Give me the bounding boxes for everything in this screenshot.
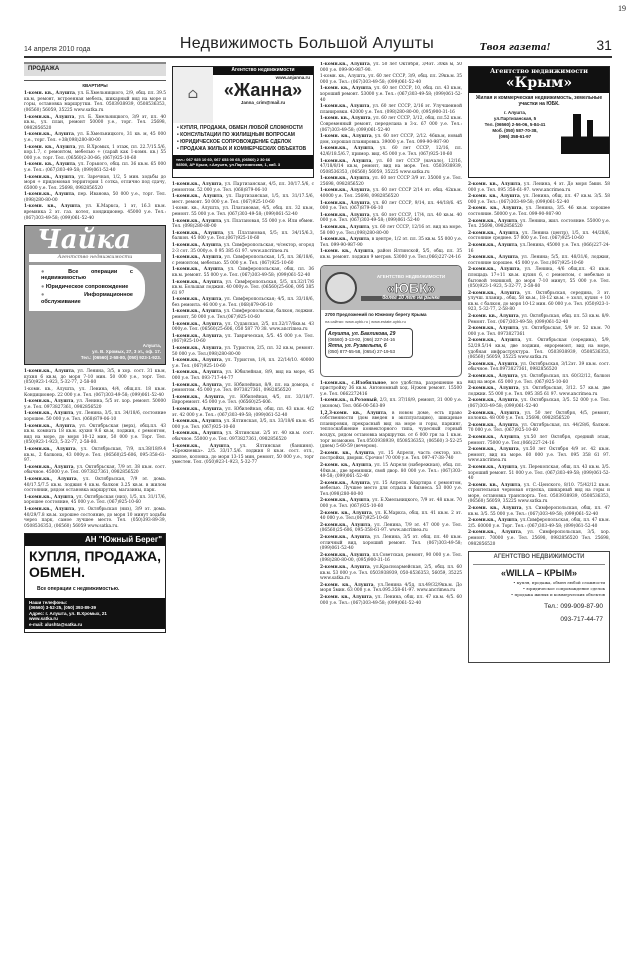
listing-item: 1-комн. кв., Алушта, ул. Б.Хмельницкого,… [24, 91, 166, 113]
listing-title: 2-комн. кв., Алушта [468, 314, 519, 319]
listing-item: 1-комн.кв., п.Розовый, 2/3, пл. 37/18/9,… [320, 398, 462, 409]
ad-chayka-services: Все операции с недвижимостью Юридическое… [29, 265, 145, 312]
listing-title: 1-комн.кв., Алушта [172, 231, 223, 236]
listing-item: 1-комн. кв., Алушта, ул. 60 лет СССР, 3/… [320, 116, 462, 133]
ad-krym-name: «Крым» [469, 75, 609, 91]
listing-item: 2-комн.кв., Алушта, ул. Октябрьская (сер… [468, 338, 610, 360]
listing-item: 2-комн.кв., Алушта, ул. Октябрьская, пл.… [468, 374, 610, 385]
listing-title: 1-комн.кв., Алушта [172, 267, 223, 272]
listing-title: 2-комн.кв., Алушта [468, 267, 519, 272]
listing-title: 1-комн.кв., Алушта [320, 225, 369, 230]
listing-item: 2-комн.кв., Алушта, ул. Октябрьская, 3/1… [468, 386, 610, 397]
listing-title: 1-комн.кв., Алушта [172, 334, 222, 339]
issue-date: 14 апреля 2010 года [24, 46, 134, 53]
listing-details: 1-комн. кв., Алушта, ул. Платановая, 4/5… [172, 206, 314, 217]
listing-item: 2-комн. кв., Алушта, ул. Ленина, общ. пл… [468, 194, 610, 205]
listing-item: 2-комн. кв., Алушта, ул. Ленина, 3/5. 46… [468, 206, 610, 217]
ad-yuzhny-bereg: АН "Южный Берег" КУПЛЯ, ПРОДАЖА, ОБМЕН.В… [24, 533, 166, 633]
page-number-top: 19 [618, 4, 626, 13]
listing-title: 2-комн.кв., Алушта [468, 465, 517, 470]
column-3: 1-комн.кв., Алушта, ул. 50 лет Октября, … [320, 62, 462, 942]
listing-title: 2-комн. кв., Алушта [468, 483, 520, 488]
listing-item: 1-комн.кв., Алушта, ул. Б.Хмельницкого, … [24, 132, 166, 143]
listing-title: 1-комн. кв., Алушта [320, 86, 371, 91]
listing-item: 1-комн. кв., Алушта, ул. 60 лет СССР, 3/… [320, 74, 462, 85]
listing-title: 1-комн.кв., Алушта [172, 322, 222, 327]
ad-ubk-offices: Алушта, ул. Багликова, 29 (06560) 3-13-9… [325, 328, 413, 358]
listing-item: 1-комн.кв., Алушта, ул. Октябрьская (низ… [24, 507, 166, 529]
listing-item: 1-комн. кв., Алушта, ул. 60 лет СССР, 10… [320, 86, 462, 103]
listing-title: 1-комн.кв., Алушта [24, 424, 75, 429]
listing-title: 1,2,3-комн. кв., Алушта [320, 411, 386, 416]
listing-title: 2-комн.кв., Алушта [468, 362, 517, 367]
listing-item: 1-комн.кв., Алушта, ул. Партизанская, 1/… [172, 194, 314, 205]
ad-zhanna-contacts: тел.: 067 925 10 60, 067 653 00 65, (065… [173, 155, 313, 169]
listing-title: 2-комн. кв., Алушта [468, 206, 522, 211]
ad-zhanna-services: • КУПЛЯ, ПРОДАЖА, ОБМЕН ЛЮБОЙ СЛОЖНОСТИ … [173, 123, 313, 155]
listings-group: 1-комн.кв., Алушта, ул. 50 лет Октября, … [320, 62, 462, 261]
listing-title: 2-комн.кв., Алушта [468, 518, 517, 523]
listing-item: 1-комн.кв., Алушта, ул. Ленина, 3/5, пл.… [24, 411, 166, 422]
listing-title: 1-комн.кв., Алушта [320, 237, 369, 242]
listing-item: 1-комн.кв., Алушта, ул. Симферопольская,… [172, 243, 314, 254]
listing-item: 2-комн.кв., Алушта, ул.50 лет Октября 4/… [468, 447, 610, 464]
listing-item: 1-комн. кв., Алушта, район Ялтинской, 5/… [320, 249, 462, 260]
listing-title: 2-комн.кв., Алушта [468, 255, 518, 260]
listing-item: 1-комн. кв., Алушта, ул. К.Маркса, 1 эт,… [24, 204, 166, 221]
listing-item: 1-комн. кв., Алушта, ул. Платановая, 4/5… [172, 206, 314, 217]
listing-title: 2-комн.кв., Алушта [320, 498, 369, 503]
listing-title: 2-комн. кв., Алушта [320, 511, 372, 516]
mobile: (095) 358-61-97 [469, 134, 561, 140]
listing-title: 1-комн.кв., Алушта [24, 447, 76, 452]
listing-title: 1-комн.кв., Алушта [172, 383, 222, 388]
listing-item: 2-комн.кв., Алушта, ул. 50 лет Октября, … [468, 411, 610, 422]
listing-item: 1-комн.кв., Алушта, ул. Таврическая, 5/5… [172, 334, 314, 345]
listing-title: 1-комн. кв., Алушта [320, 134, 372, 139]
listing-title: 2-комн.кв., Алушта [468, 374, 518, 379]
listing-item: 1-комн. кв., Алушта, ул. Ленина, 4/4, об… [24, 387, 166, 398]
ad-yuzhny-subtext: Все операции с недвижимостью. [37, 586, 119, 592]
listing-item: 2-комн. кв., Алушта, ул. С.-Ценского, 8/… [468, 483, 610, 505]
listing-title: 1-комн.кв., Алушта [320, 146, 373, 151]
page-number: 31 [596, 37, 612, 53]
ad-krym-contacts: г. Алушта, ул.Партизанская, 5 Тел. (0656… [469, 110, 561, 154]
ad-ubk-offer: 2700 Предложений по Южному берегу Крыма [321, 310, 461, 320]
castle-icon [561, 110, 609, 154]
listing-item: 2-комн.кв., Алушта, ул. Ленина, жил. сос… [468, 219, 610, 230]
listing-item: 1-комн.кв., Алушта, ул. 60 лет СССР, 12/… [320, 146, 462, 157]
page-header: 14 апреля 2010 года Недвижимость Большой… [24, 36, 612, 58]
listing-title: 1-комн.кв., Алушта [172, 297, 221, 302]
listing-item: 1-комн.кв., Алушта, ул. Симферопольская;… [172, 297, 314, 308]
listing-title: 1-комн.кв., Алушта [172, 255, 221, 260]
listing-item: 1-комн.кв., Алушта, ул. Ленина, 5/5 эт. … [24, 399, 166, 410]
listing-title: 2-комн.кв., Алушта [468, 326, 518, 331]
listing-title: 2-комн. кв., Алушта [320, 595, 372, 600]
listing-title: 2-комн.кв., Алушта [468, 530, 521, 535]
coat-of-arms-icon [325, 272, 357, 304]
ad-chayka-tagline: Агентство недвижимости [29, 254, 161, 262]
listing-item: 1-комн.кв., Алушта, ул. Партизанская, 4/… [172, 182, 314, 193]
listing-item: 2-комн.кв., Алушта, ул. Перекопская, общ… [468, 465, 610, 482]
listing-details: 1-комн. кв., Алушта, ул. 60 лет СССР, 3/… [320, 74, 462, 85]
ad-krym: Агентство недвижимости «Крым» Жилая и ко… [468, 66, 610, 178]
listing-title: 1-комн.кв., Алушта [24, 411, 73, 416]
listing-item: 1-комн.кв., Алушта, ул. Октябрьская, 7/9… [24, 465, 166, 476]
listing-item: 2-комн.кв., Алушта, ул.Симферопольская, … [468, 518, 610, 529]
listing-item: 2-комн. кв., Алушта, ул. Октябрьская, об… [468, 314, 610, 325]
listing-title: 2-комн.кв., Алушта [468, 243, 517, 248]
listing-title: 1-комн.кв., Алушта [172, 280, 222, 285]
listing-title: 1-комн.кв., Алушта [320, 176, 369, 181]
listing-item: 2-комн.кв., Алушта, ул. Октябрьская, 3/1… [468, 362, 610, 373]
ad-chayka-name: Чайка [25, 226, 165, 254]
listing-item: 2-комн.кв., Алушта, ул. Октябрьская, сер… [468, 291, 610, 313]
newspaper-logo: Твоя газета! [480, 43, 551, 53]
listing-details: , в новом доме, есть право собственности… [320, 411, 462, 450]
listing-item: 1-комн.кв., Алушта, ул. Симферопольская,… [172, 280, 314, 297]
ad-zhanna-email: Janna_crim@mail.ru [213, 100, 313, 106]
ad-willa-services: • купля, продажа, обмен любой сложности … [469, 580, 609, 598]
listing-title: 1-комн.кв., Алушта [172, 182, 222, 187]
listing-item: 2-комн. кв., Алушта, ул. Симферопольская… [468, 506, 610, 517]
listing-title: 2-комн. кв., Алушта [468, 182, 520, 187]
listing-title: 2-комн.кв., Алушта [320, 523, 370, 528]
listing-item: 2-комн. кв., Алушта, ул.Ленина 4/5д, пл.… [320, 583, 462, 594]
listing-title: 1-комн.кв., Алушта [172, 407, 222, 412]
listing-title: 1-комн.кв., п.Розовый [320, 398, 377, 403]
ad-ubk: АГЕНТСТВО НЕДВИЖИМОСТИ «ЮБК» более 10 ле… [320, 265, 462, 377]
listing-title: 2-комн.кв., Алушта [468, 219, 517, 224]
ad-chayka-address: Алушта, ул. В. Хромых, 27, 3 эт., оф. 17… [81, 343, 161, 361]
listing-item: 2-комн.кв., Алушта, ул. Ленина, 4/6 общ.… [468, 267, 610, 289]
listing-title: 1-комн.кв., Алушта [24, 115, 74, 120]
listing-item: 2-комн. кв., Алушта, ул. 15 Апреля, част… [320, 451, 462, 462]
listing-item: 2-комн.кв., Алушта, ул. 15 Апреля. Кварт… [320, 481, 462, 498]
listing-item: 1-комн.кв., Алушта, ул. Платановая, 5/5;… [172, 231, 314, 242]
ad-krym-subtitle: Жилая и коммерческая недвижимость, земел… [469, 93, 609, 110]
listing-item: 1-комн.кв., Алушта, ул. Октябрьская, 7/9… [24, 447, 166, 464]
listing-item: 1-комн.кв., Алушта, ул. Октябрьская (низ… [24, 495, 166, 506]
listing-title: 1-комн. кв., Алушта [24, 162, 75, 167]
listing-item: 1-комн.кв., с.Изобильное, все удобства, … [320, 381, 462, 398]
listing-title: 1-комн.кв., Алушта [320, 188, 370, 193]
listing-title: 1-комн.кв., Алушта [172, 309, 221, 314]
listing-item: 1-комн.кв., Алушта, ул. Симферопольская,… [172, 255, 314, 266]
listing-title: 1-комн.кв., Алушта [172, 419, 221, 424]
listing-title: 1-комн.кв., Алушта [24, 399, 73, 404]
listing-item: 2-комн.кв., Алушта, пл.Советская, ремонт… [320, 553, 462, 564]
office-phones: (050) 877-55-58, (0654) 27-19-53 [328, 349, 410, 355]
ad-willa-phone: Тел.: 099-909-87-90 [469, 602, 609, 611]
listing-item: 1-комн.кв., Алушта, ул. 60 лет СССР, 12/… [320, 225, 462, 236]
listing-item: 1-комн.кв., Алушта, ул. Октябрьская (вер… [24, 424, 166, 446]
listing-title: 1-комн.кв., Алушта [24, 495, 73, 500]
ad-yuzhny-title: АН "Южный Берег" [25, 534, 165, 546]
listing-item: 1-комн.кв., Алушта, пер. Иванова, 50 000… [24, 192, 166, 203]
listing-title: 1-комн.кв., Алушта [320, 213, 370, 218]
listing-title: 1-комн. кв., Алушта [24, 91, 75, 96]
service-item: • продажа жилых и коммерческих объектов [485, 592, 605, 598]
service-item: Все операции с недвижимостью [41, 269, 133, 282]
ad-zhanna-tag: Агентство недвижимости [213, 67, 313, 75]
listing-title: 1-комн.кв., Алушта [24, 175, 74, 180]
listings-group: 2-комн. кв., Алушта, ул. Ленина, 4 эт. Д… [468, 182, 610, 482]
ad-yuzhny-headline: КУПЛЯ, ПРОДАЖА, ОБМЕН.Все операции с нед… [25, 546, 165, 598]
listing-title: 1-комн.кв., Алушта [172, 243, 221, 248]
listing-item: 2-комн.кв., Алушта, ул. Октябрьская, 3/5… [468, 398, 610, 409]
listing-title: 2-комн.кв., Алушта [468, 411, 519, 416]
listing-item: 1-комн.кв., Алушта, ул. Ялтинская. 2/5 э… [172, 431, 314, 442]
listings-group: 1-комн. кв., Алушта, ул. Б.Хмельницкого,… [24, 91, 166, 221]
listing-item: 1-комн.кв., Алушта, ул. 60 лет СССР 2/14… [320, 188, 462, 199]
listing-item: 1-комн.кв., Алушта, ул. 60 лет СССР (нач… [320, 159, 462, 176]
column-2: ⌂ Агентство недвижимости www.anjanna.ru … [172, 62, 314, 942]
listing-title: 1-комн.кв., Алушта [172, 370, 222, 375]
listing-title: 1-комн.кв., Алушта [172, 395, 224, 400]
listing-item: 1-комн.кв., Алушта, ул. Туристов, 1/4, п… [172, 358, 314, 369]
listing-title: 1-комн.кв., Алушта [24, 465, 74, 470]
listing-title: 2-комн.кв., Алушта [468, 398, 518, 403]
ad-willa-phone: 093-717-44-77 [469, 615, 609, 624]
listing-title: 2-комн.кв., Алушта [468, 447, 519, 452]
listing-title: 1-комн.кв., Алушта [172, 194, 222, 199]
listing-item: 1-комн.кв., Алушта, ул. Юбилейная, 8/9, … [172, 383, 314, 394]
listing-item: 2-комн.кв., Алушта, ул. Октябрьская, 5/9… [468, 326, 610, 337]
columns: ПРОДАЖА КВАРТИРЫ 1-комн. кв., Алушта, ул… [24, 62, 612, 942]
office-address: Алушта, ул. Багликова, 29 [328, 331, 395, 337]
headline-line: ОБМЕН. [29, 564, 85, 580]
ad-willa-krym: АГЕНТСТВО НЕДВИЖИМОСТИ «WILLA – КРЫМ» • … [468, 551, 610, 663]
listing-item: 1-комн.кв., Алушта, ул. 60 лет СССР, 17/… [320, 213, 462, 224]
listing-title: 1-комн.кв., Алушта [320, 62, 370, 67]
listing-title: 2-комн.кв., Алушта [320, 553, 369, 558]
listing-title: 1-комн. кв., Алушта [24, 145, 75, 150]
listings-group: 1-комн.кв., с.Изобильное, все удобства, … [320, 381, 462, 607]
listing-title: 2-комн.кв., Алушта [468, 386, 519, 391]
service-item: Юридическое сопровождение [41, 284, 133, 291]
listing-item: 1-комн.кв., Алушта, в центре, 1/2 эт. пл… [320, 237, 462, 248]
listing-title: 1-комн.кв., Алушта [172, 346, 221, 351]
listing-item: 1-комн.кв., Алушта, ул. Юбилейная, общ. … [172, 407, 314, 418]
ad-zhanna-name: «Жанна» [213, 80, 313, 100]
listing-item: 2-комн.кв., Алушта, ул. Ленина (центр), … [468, 231, 610, 242]
ad-krym-tag: Агентство недвижимости [469, 69, 609, 75]
listing-item: 2-комн.кв., Алушта, ул. Ленина, 7/9 эт. … [320, 523, 462, 534]
listing-title: 2-комн.кв., Алушта [320, 535, 370, 540]
listing-item: 1-комн.кв., Алушта, ул. Платановая, 55 0… [172, 219, 314, 230]
ad-phones: Тел.: (06560) 2-58-80, (050) 923-1-923. [81, 355, 161, 361]
service-item: • КОНСУЛЬТАЦИИ ПО ЖИЛИЩНЫМ ВОПРОСАМ [177, 132, 309, 139]
listing-item: 2-комн.кв., Алушта, ул. Б.Хмельницкого, … [320, 498, 462, 509]
listing-item: 1-комн.кв., Алушта, ул. Судакская, 2/5, … [172, 322, 314, 333]
listing-item: 1-комн.кв., Алушта, ул. Симферопольская,… [172, 309, 314, 320]
listing-item: 1-комн.кв., Алушта, ул. Ленина, 3/5, в х… [24, 369, 166, 386]
ad-ubk-name: «ЮБК» [361, 280, 461, 296]
ad-ubk-slogan: более 10 лет на рынке [361, 296, 461, 302]
listing-title: 1-комн.кв., Алушта [24, 507, 74, 512]
listing-item: 2-комн.кв., Алушта, ул. Ленина, 3/5 эт. … [320, 535, 462, 552]
ad-willa-name: «WILLA – КРЫМ» [469, 565, 609, 581]
listing-title: 1-комн. кв., Алушта [320, 249, 373, 254]
listing-title: 1-комн.кв., Алушта [172, 358, 222, 363]
headline-line: КУПЛЯ, ПРОДАЖА, [29, 548, 161, 564]
listing-title: 1-комн.кв., с.Изобильное [320, 381, 386, 386]
listing-title: 1-комн.кв., Алушта [24, 192, 74, 197]
listing-title: 2-комн. кв., Алушта [468, 506, 522, 511]
listing-title: 2-комн.кв., Алушта [468, 435, 519, 440]
service-item: • КУПЛЯ, ПРОДАЖА, ОБМЕН ЛЮБОЙ СЛОЖНОСТИ [177, 125, 309, 132]
page-title: Недвижимость Большой Алушты [180, 35, 434, 53]
listing-item: 1-комн.кв., Алушта, ул. 60 лет СССР 3/9 … [320, 176, 462, 187]
listing-item: 2-комн.кв., Алушта, ул. Октябрьская, пл.… [468, 423, 610, 434]
listings-group: 2-комн. кв., Алушта, ул. С.-Ценского, 8/… [468, 483, 610, 548]
listing-item: 2-комн. кв., Алушта, ул. К.Маркса, общ. … [320, 511, 462, 522]
listing-item: 1-комн.кв., Алушта, ул. Б. Хмельницкого,… [24, 115, 166, 132]
address: 98500, АР Крым, г.Алушта, ул.Партизанска… [176, 162, 310, 167]
listing-item: 2-комн. кв., Алушта, ул. Ленина, 4 эт. Д… [468, 182, 610, 193]
listing-item: 2-комн.кв., Алушта, ул.Ленина, 45000 у.е… [468, 243, 610, 254]
listing-title: 2-комн. кв., Алушта [320, 583, 374, 588]
listing-title: 2-комн.кв., Алушта [468, 338, 520, 343]
listing-title: 2-комн.кв., Алушта [320, 565, 370, 570]
service-item: • ЮРИДИЧЕСКОЕ СОПРОВОЖДЕНИЕ СДЕЛОК [177, 139, 309, 146]
listing-item: 1-комн.кв., Алушта, ул. 60 лет СССР, 2/1… [320, 104, 462, 115]
listing-item: 2-комн.кв., Алушта, ул.Красноармейская, … [320, 565, 462, 582]
office-address: Ялта, ул. Рузвельта, 6 [328, 343, 387, 349]
listing-item: 1-комн. кв., Алушта, ул. В.Хромых, 1 эта… [24, 145, 166, 162]
listing-item: 1-комн.кв., Алушта, ул. Заречная, 1/2, 5… [24, 175, 166, 192]
listing-item: 1-комн.кв., Алушта, ул. 50 лет Октября, … [320, 62, 462, 73]
listing-item: 1-комн.кв., Алушта, ул. Ялтинская, 3/5, … [172, 419, 314, 430]
listing-title: 1-комн.кв., Алушта [172, 219, 221, 224]
listing-title: 2-комн. кв., Алушта [468, 194, 520, 199]
service-item: • ПРОДАЖА ЖИЛЫХ И КОММЕРЧЕСКИХ ОБЪЕКТОВ [177, 146, 309, 153]
listing-title: 2-комн.кв., Алушта [468, 423, 518, 428]
service-item: Информационное обслуживание [41, 292, 133, 305]
listings-group: 1-комн.кв., Алушта, ул. Ленина, 3/5, в х… [24, 369, 166, 529]
listing-item: 2-комн.кв., Алушта, ул. Симферопольская,… [468, 530, 610, 547]
listing-title: 1-комн.кв., Алушта [320, 201, 370, 206]
column-4: Агентство недвижимости «Крым» Жилая и ко… [468, 62, 610, 942]
listing-item: 1,2,3-комн. кв., Алушта, в новом доме, е… [320, 411, 462, 450]
ad-zhanna: ⌂ Агентство недвижимости www.anjanna.ru … [172, 66, 314, 178]
column-1: ПРОДАЖА КВАРТИРЫ 1-комн. кв., Алушта, ул… [24, 62, 166, 942]
listing-title: 2-комн.кв., Алушта [468, 231, 518, 236]
listing-title: 2-комн. кв., Алушта [320, 463, 371, 468]
listing-item: 2-комн. кв., Алушта, ул. 15 Апреля (набе… [320, 463, 462, 480]
listing-title: 2-комн.кв., Алушта [320, 481, 370, 486]
listing-item: 1-комн.кв., Алушта, ул. Юбилейная, 4/5, … [172, 395, 314, 406]
listing-item: 1-комн.кв., Алушта, ул. Октябрьская, 7/9… [24, 477, 166, 494]
listing-item: 2-комн. кв., Алушта, ул. Ленина, общ. пл… [320, 595, 462, 606]
listings-group: 1-комн.кв., Алушта, ул. Партизанская, 4/… [172, 182, 314, 466]
house-icon: ⌂ [173, 67, 213, 123]
listing-title: 1-комн.кв., Алушта [24, 132, 74, 137]
listing-title: 1-комн.кв., Алушта [320, 104, 369, 109]
listing-item: 1-комн. кв., Алушта, ул. 60 лет СССР, 2/… [320, 134, 462, 145]
listing-title: 1-комн. кв., Алушта [320, 116, 371, 121]
email: e-mail: alushta@satka.ru [29, 622, 161, 628]
listing-title: 1-комн. кв., Алушта [24, 204, 80, 209]
listing-item: 1-комн. кв., Алушта, ул. Горького, общ. … [24, 162, 166, 173]
listing-title: 1-комн.кв., Алушта [24, 369, 74, 374]
listing-item: 1-комн.кв., Алушта, ул. Симферопольская,… [172, 267, 314, 278]
listing-title: 1-комн.кв., Алушта [320, 159, 371, 164]
listing-item: 1-комн.кв., Алушта, ул. Ялтинская (банки… [172, 444, 314, 466]
ad-willa-tag: АГЕНТСТВО НЕДВИЖИМОСТИ [473, 552, 605, 565]
ad-yuzhny-contacts: Наши телефоны: (06560) 3-52-25, (050) 39… [25, 598, 165, 630]
listing-title: 2-комн. кв., Алушта [320, 451, 374, 456]
section-heading: ПРОДАЖА [24, 62, 166, 76]
listing-details: 1-комн. кв., Алушта, ул. Ленина, 4/4, об… [24, 387, 166, 398]
subsection-heading: КВАРТИРЫ [24, 80, 166, 91]
ad-ubk-sites: на сайтах: www.uybk.ru | www.estate.uybk… [321, 319, 461, 325]
listing-title: 1-комн.кв., Алушта [172, 431, 222, 436]
listing-item: 2-комн.кв., Алушта, ул.50 лет Октября, с… [468, 435, 610, 446]
listing-title: 1-комн.кв., Алушта [24, 477, 77, 482]
listing-item: 1-комн.кв., Алушта, ул. Туристов, 2/5, п… [172, 346, 314, 357]
listing-item: 1-комн.кв., Алушта, ул. 60 лет СССР, 9/1… [320, 201, 462, 212]
listing-item: 2-комн.кв., Алушта, ул. Ленина; 5/5, пл.… [468, 255, 610, 266]
ad-chayka: Чайка Агентство недвижимости Все операци… [24, 225, 166, 365]
listing-item: 1-комн.кв., Алушта, ул. Юбилейная, 8/9, … [172, 370, 314, 381]
listing-title: 2-комн.кв., Алушта [468, 291, 520, 296]
listing-title: 1-комн.кв., Алушта [172, 444, 229, 449]
